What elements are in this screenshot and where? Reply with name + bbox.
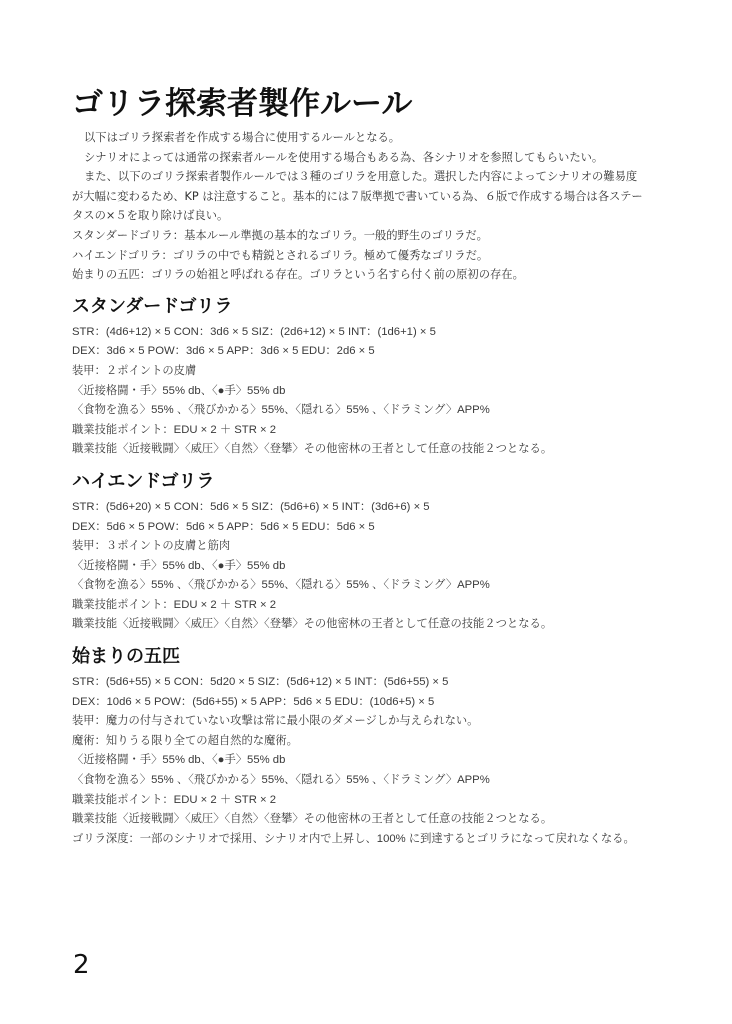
stats-line-2: DEX：10d6 × 5 POW：(5d6+55) × 5 APP：5d6 × … bbox=[72, 693, 672, 713]
occupation-points-line: 職業技能ポイント：EDU × 2 ＋ STR × 2 bbox=[72, 596, 672, 616]
section-standard-gorilla: スタンダードゴリラ STR：(4d6+12) × 5 CON：3d6 × 5 S… bbox=[72, 295, 672, 460]
page-number: 2 bbox=[73, 950, 90, 980]
section-heading: スタンダードゴリラ bbox=[72, 295, 672, 319]
intro-line: また、以下のゴリラ探索者製作ルールでは３種のゴリラを用意した。選択した内容によっ… bbox=[72, 167, 672, 187]
occupation-skills-line: 職業技能〈近接戦闘〉〈威圧〉〈自然〉〈登攀〉その他密林の王者として任意の技能２つ… bbox=[72, 615, 672, 635]
intro-block: 以下はゴリラ探索者を作成する場合に使用するルールとなる。 シナリオによっては通常… bbox=[72, 128, 672, 285]
intro-line: が大幅に変わるため、KP は注意すること。基本的には７版準拠で書いている為、６版… bbox=[72, 187, 672, 207]
intro-line: 以下はゴリラ探索者を作成する場合に使用するルールとなる。 bbox=[72, 128, 672, 148]
combat-skills-line: 〈近接格闘・手〉55% db、〈●手〉55% db bbox=[72, 751, 672, 771]
occupation-skills-line: 職業技能〈近接戦闘〉〈威圧〉〈自然〉〈登攀〉その他密林の王者として任意の技能２つ… bbox=[72, 810, 672, 830]
intro-line: シナリオによっては通常の探索者ルールを使用する場合もある為、各シナリオを参照して… bbox=[72, 148, 672, 168]
intro-line-origin-summary: 始まりの五匹：ゴリラの始祖と呼ばれる存在。ゴリラという名すら付く前の原初の存在。 bbox=[72, 265, 672, 285]
document-page: ゴリラ探索者製作ルール 以下はゴリラ探索者を作成する場合に使用するルールとなる。… bbox=[72, 84, 672, 849]
section-origin-five: 始まりの五匹 STR：(5d6+55) × 5 CON：5d20 × 5 SIZ… bbox=[72, 645, 672, 849]
magic-line: 魔術：知りうる限り全ての超自然的な魔術。 bbox=[72, 732, 672, 752]
intro-line-highend-summary: ハイエンドゴリラ：ゴリラの中でも精鋭とされるゴリラ。極めて優秀なゴリラだ。 bbox=[72, 246, 672, 266]
armor-line: 装甲：２ポイントの皮膚 bbox=[72, 362, 672, 382]
armor-line: 装甲：魔力の付与されていない攻撃は常に最小限のダメージしか与えられない。 bbox=[72, 712, 672, 732]
stats-line-1: STR：(5d6+55) × 5 CON：5d20 × 5 SIZ：(5d6+1… bbox=[72, 673, 672, 693]
combat-skills-line: 〈近接格闘・手〉55% db、〈●手〉55% db bbox=[72, 557, 672, 577]
intro-line: タスの×５を取り除けば良い。 bbox=[72, 206, 672, 226]
stats-line-1: STR：(5d6+20) × 5 CON：5d6 × 5 SIZ：(5d6+6)… bbox=[72, 498, 672, 518]
armor-line: 装甲：３ポイントの皮膚と筋肉 bbox=[72, 537, 672, 557]
stats-line-1: STR：(4d6+12) × 5 CON：3d6 × 5 SIZ：(2d6+12… bbox=[72, 323, 672, 343]
occupation-skills-line: 職業技能〈近接戦闘〉〈威圧〉〈自然〉〈登攀〉その他密林の王者として任意の技能２つ… bbox=[72, 440, 672, 460]
skills-line: 〈食物を漁る〉55% 、〈飛びかかる〉55%、〈隠れる〉55% 、〈ドラミング〉… bbox=[72, 401, 672, 421]
section-highend-gorilla: ハイエンドゴリラ STR：(5d6+20) × 5 CON：5d6 × 5 SI… bbox=[72, 470, 672, 635]
skills-line: 〈食物を漁る〉55% 、〈飛びかかる〉55%、〈隠れる〉55% 、〈ドラミング〉… bbox=[72, 576, 672, 596]
skills-line: 〈食物を漁る〉55% 、〈飛びかかる〉55%、〈隠れる〉55% 、〈ドラミング〉… bbox=[72, 771, 672, 791]
occupation-points-line: 職業技能ポイント：EDU × 2 ＋ STR × 2 bbox=[72, 421, 672, 441]
page-title: ゴリラ探索者製作ルール bbox=[72, 84, 672, 124]
stats-line-2: DEX：3d6 × 5 POW：3d6 × 5 APP：3d6 × 5 EDU：… bbox=[72, 342, 672, 362]
combat-skills-line: 〈近接格闘・手〉55% db、〈●手〉55% db bbox=[72, 382, 672, 402]
intro-line-standard-summary: スタンダードゴリラ：基本ルール準拠の基本的なゴリラ。一般的野生のゴリラだ。 bbox=[72, 226, 672, 246]
stats-line-2: DEX：5d6 × 5 POW：5d6 × 5 APP：5d6 × 5 EDU：… bbox=[72, 518, 672, 538]
section-heading: ハイエンドゴリラ bbox=[72, 470, 672, 494]
occupation-points-line: 職業技能ポイント：EDU × 2 ＋ STR × 2 bbox=[72, 791, 672, 811]
gorilla-depth-line: ゴリラ深度：一部のシナリオで採用、シナリオ内で上昇し、100% に到達するとゴリ… bbox=[72, 830, 672, 850]
section-heading: 始まりの五匹 bbox=[72, 645, 672, 669]
